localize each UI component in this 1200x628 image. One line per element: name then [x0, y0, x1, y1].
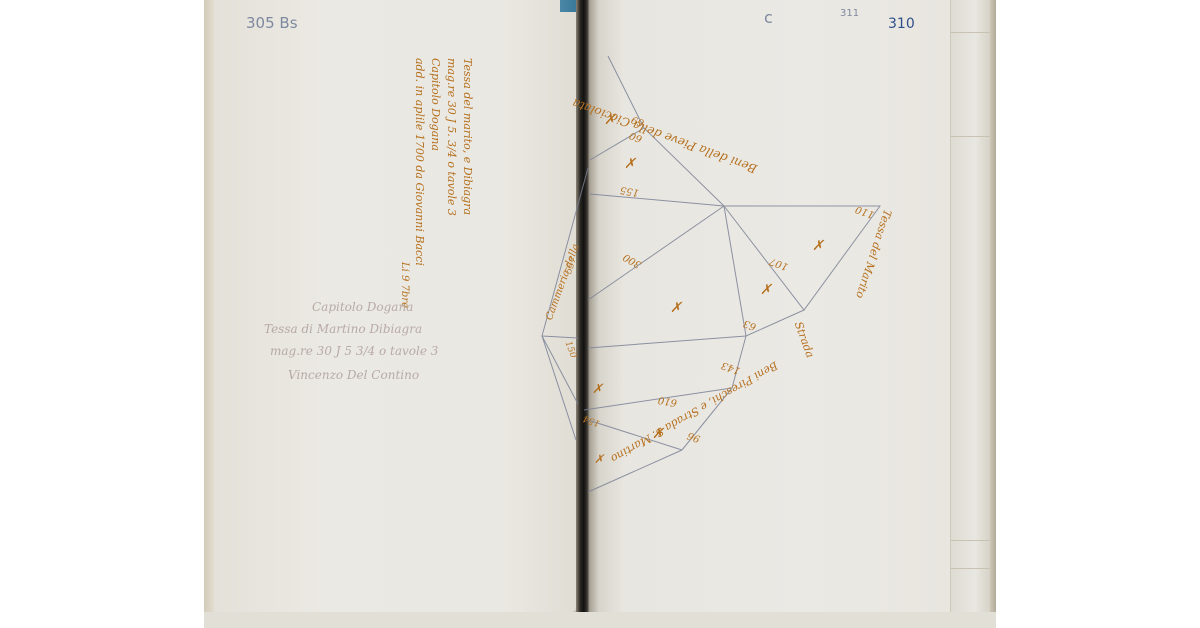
survey-diagram	[204, 0, 996, 628]
cross-mark-icon: ✗	[760, 282, 772, 298]
cross-mark-icon: ✗	[624, 156, 636, 172]
cross-mark-icon: ✗	[652, 426, 664, 442]
manuscript-scan: 305 Bs Tessa del marito, e Dibiagra mag.…	[204, 0, 996, 628]
cross-mark-icon: ✗	[594, 452, 604, 466]
cross-mark-icon: ✗	[604, 112, 616, 128]
bottom-page-edge	[204, 612, 996, 628]
cross-mark-icon: ✗	[670, 300, 682, 316]
cross-mark-icon: ✗	[812, 238, 824, 254]
cross-mark-icon: ✗	[592, 382, 603, 397]
